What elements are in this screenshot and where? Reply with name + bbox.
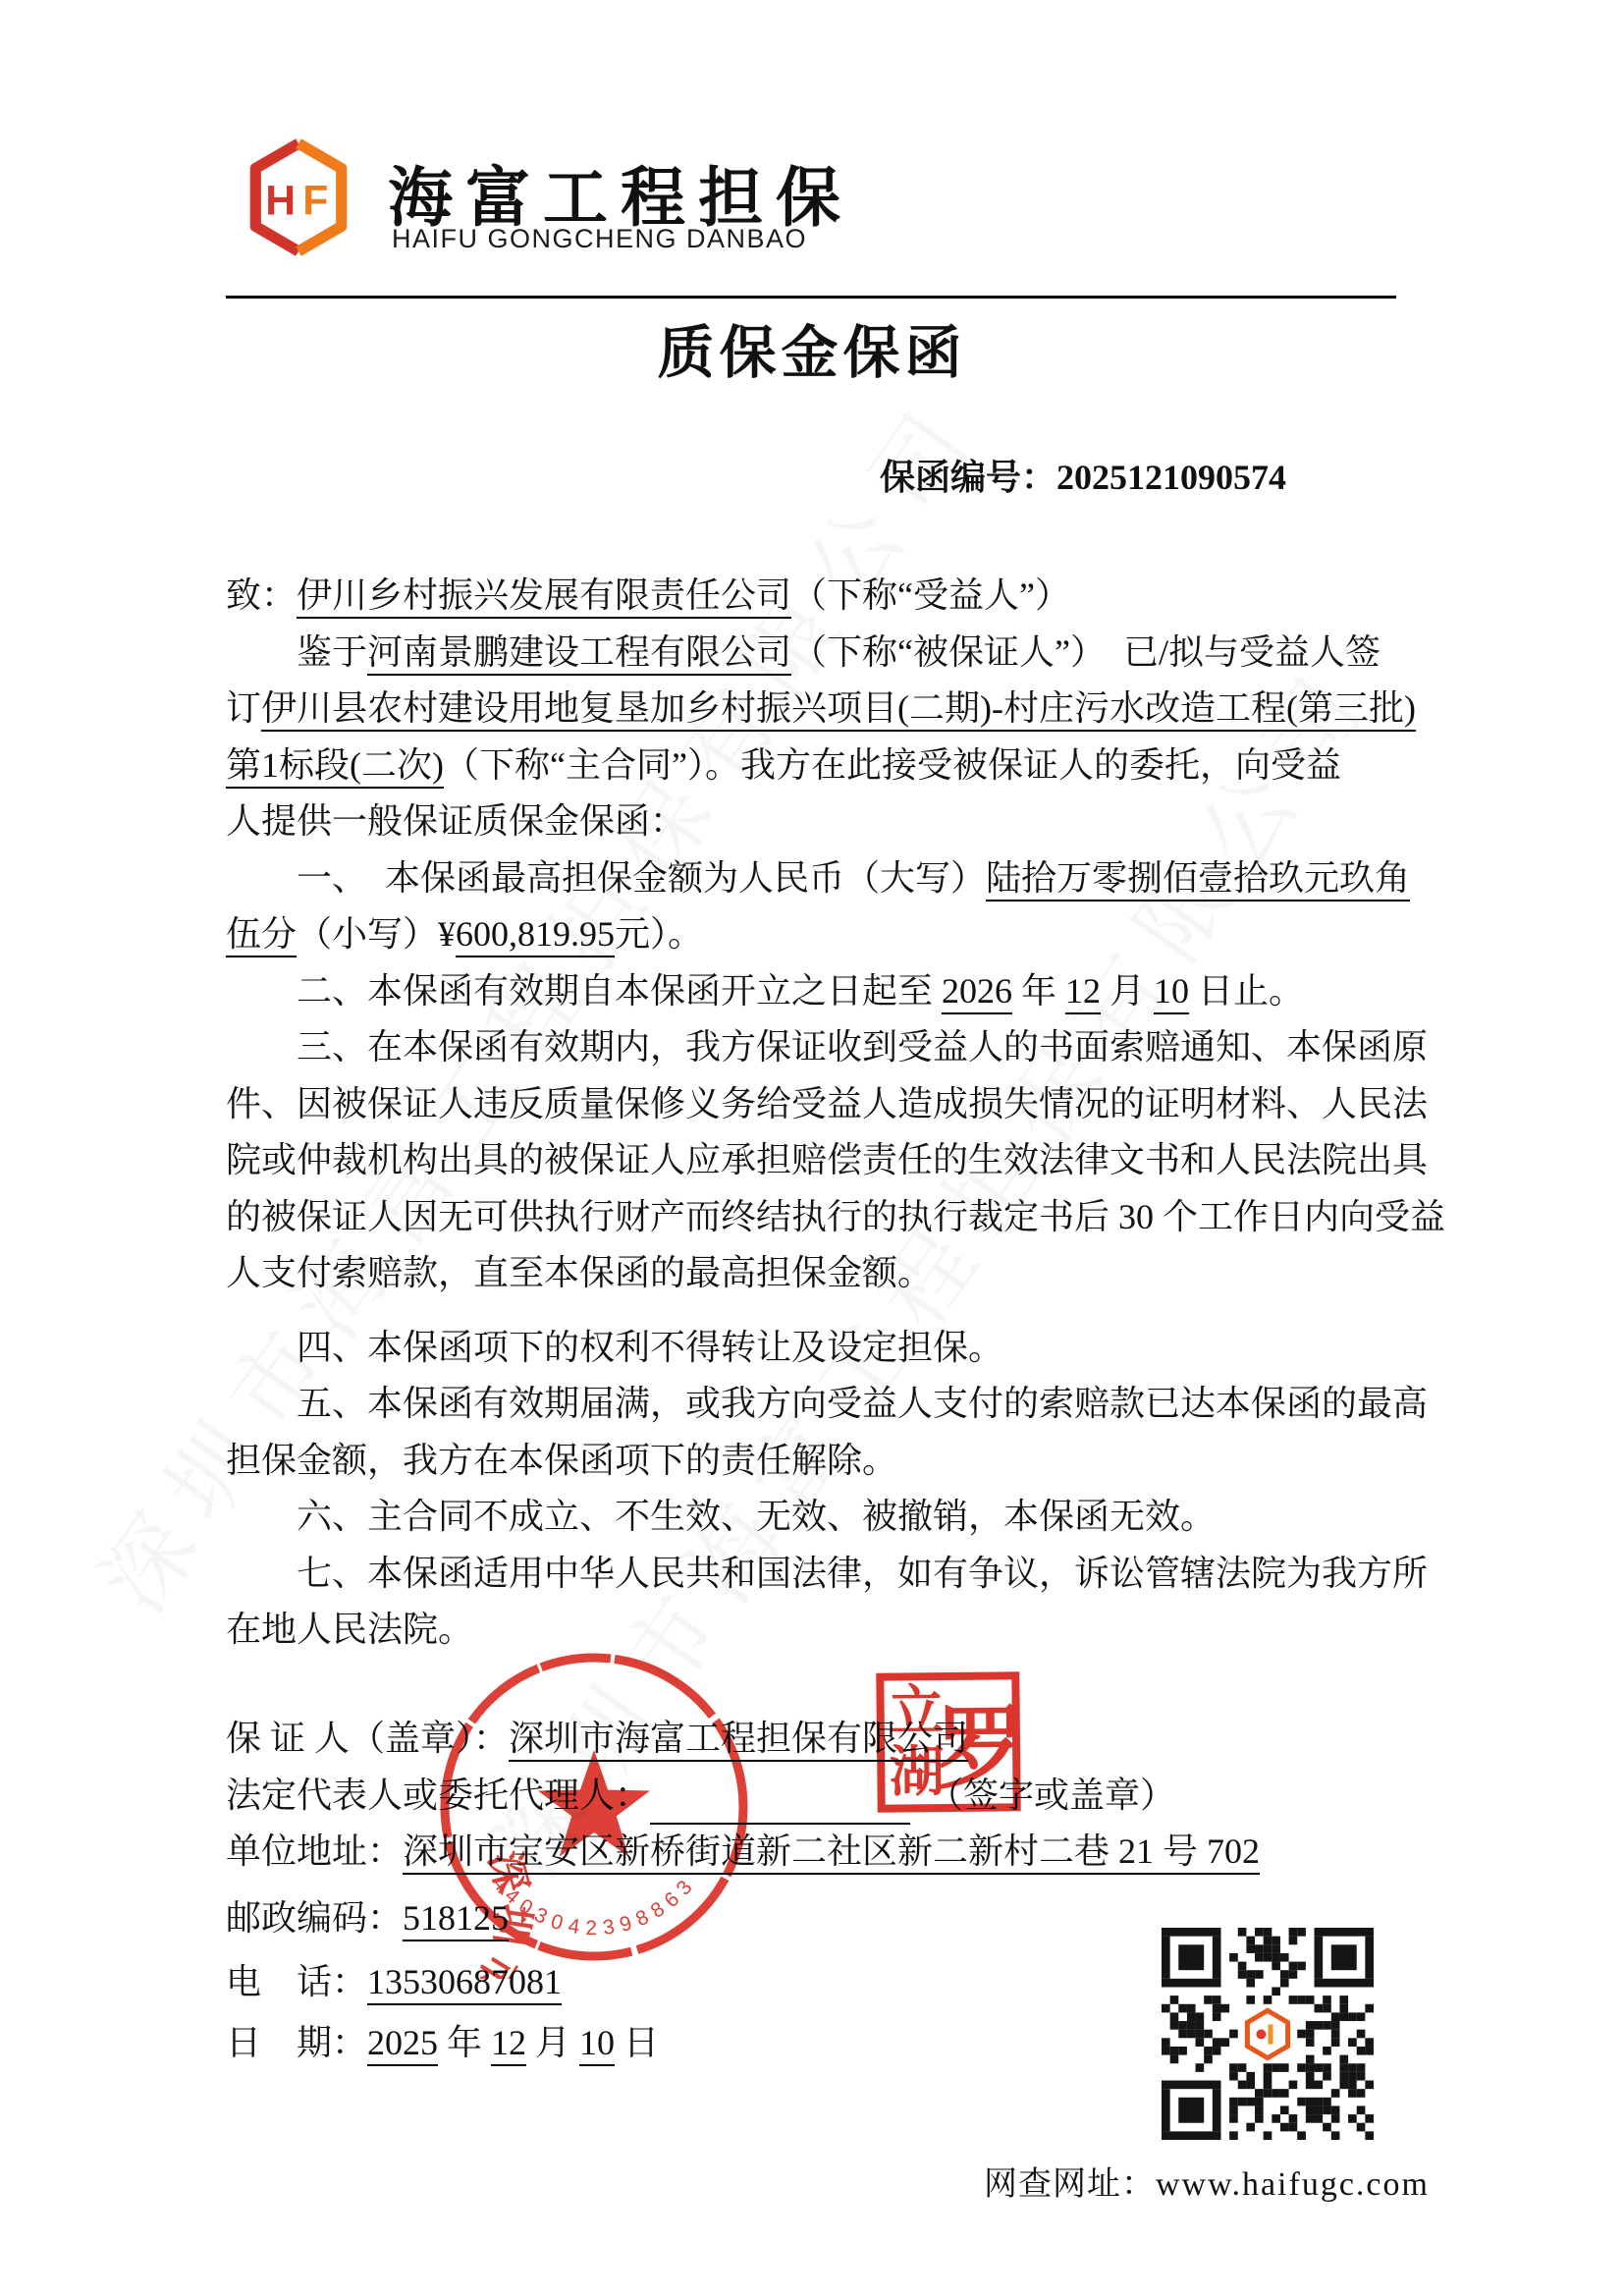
qr-module	[1238, 2081, 1247, 2090]
plain-text: 五、本保函有效期届满，或我方向受益人支付的索赔款已达本保函的最高	[297, 1384, 1428, 1423]
qr-module	[1365, 2114, 1374, 2123]
qr-module	[1246, 1979, 1255, 1988]
qr-module	[1331, 2089, 1340, 2098]
qr-module	[1213, 2089, 1221, 2131]
qr-module	[1323, 1995, 1331, 2004]
plain-text: （下称“受益人”）	[791, 575, 1070, 615]
qr-module	[1272, 2063, 1280, 2072]
qr-module	[1196, 2063, 1205, 2072]
qr-module	[1280, 1953, 1289, 1962]
qr-module	[1306, 2114, 1315, 2123]
qr-module	[1289, 1928, 1298, 1937]
body-text-line: 二、本保函有效期自本保函开立之日起至 2026 年 12 月 10 日止。	[226, 963, 1400, 1020]
qr-module	[1289, 2081, 1298, 2090]
qr-module	[1187, 2030, 1196, 2039]
qr-module	[1339, 2055, 1348, 2064]
qr-module	[1255, 1928, 1264, 1937]
qr-module	[1306, 2021, 1315, 2030]
qr-module	[1264, 1937, 1272, 1945]
qr-module	[1348, 2081, 1357, 2090]
qr-module	[1170, 1995, 1179, 2004]
qr-module	[1264, 2131, 1272, 2140]
qr-module	[1264, 2081, 1272, 2090]
plain-text: 一、 本保函最高担保金额为人民币（大写）	[297, 858, 986, 898]
body-text-line: 院或仲裁机构出具的被保证人应承担赔偿责任的生效法律文书和人民法院出具	[226, 1132, 1400, 1189]
body-text-line: 三、在本保函有效期内，我方保证收到受益人的书面索赔通知、本保函原	[226, 1019, 1400, 1076]
underlined-text: 10	[1154, 971, 1189, 1014]
qr-module	[1323, 2098, 1331, 2106]
plain-text: 单位地址：	[226, 1831, 403, 1871]
qr-module	[1315, 2081, 1324, 2090]
qr-module	[1331, 2114, 1340, 2123]
qr-module	[1162, 2038, 1170, 2047]
qr-module	[1297, 2030, 1306, 2039]
qr-module	[1315, 2021, 1324, 2030]
body-text-line: 的被保证人因无可供执行财产而终结执行的执行裁定书后 30 个工作日内向受益	[226, 1189, 1400, 1246]
qr-module	[1264, 2063, 1272, 2072]
qr-module	[1196, 2012, 1205, 2021]
qr-module	[1306, 1995, 1315, 2004]
qr-module	[1306, 2063, 1315, 2072]
qr-module	[1246, 1937, 1255, 1945]
underlined-text: 伊川县农村建设用地复垦加乡村振兴项目(二期)-村庄污水改造工程(第三批)	[261, 688, 1416, 732]
qr-module	[1229, 2030, 1238, 2039]
qr-module	[1306, 2098, 1315, 2106]
qr-module	[1357, 2123, 1366, 2132]
qr-module	[1170, 2055, 1179, 2064]
qr-module	[1213, 1937, 1221, 1979]
personal-name-seal: 罗 立 湖	[876, 1671, 1020, 1813]
qr-module	[1238, 1928, 1247, 1937]
qr-module	[1170, 2021, 1179, 2030]
haifu-logo-hexagon-icon: H F	[248, 137, 349, 257]
qr-module	[1178, 2030, 1187, 2039]
qr-module	[1331, 2038, 1340, 2047]
qr-module	[1246, 2123, 1255, 2132]
qr-module	[1348, 2038, 1357, 2047]
guarantee-number-line: 保函编号：2025121090574	[880, 450, 1286, 500]
qr-module	[1246, 2081, 1255, 2090]
qr-module	[1238, 2098, 1247, 2106]
qr-module	[1331, 2012, 1340, 2021]
qr-module	[1297, 2131, 1306, 2140]
qr-module	[1280, 2089, 1289, 2098]
qr-module	[1306, 2072, 1315, 2081]
qr-module	[1272, 1962, 1280, 1971]
qr-module	[1272, 1937, 1280, 1945]
qr-module	[1365, 2004, 1374, 2013]
underlined-text: 河南景鹏建设工程有限公司	[367, 632, 791, 676]
qr-module	[1339, 2012, 1348, 2021]
qr-module	[1229, 1953, 1238, 1962]
plain-text: 院或仲裁机构出具的被保证人应承担赔偿责任的生效法律文书和人民法院出具	[226, 1140, 1428, 1179]
qr-matrix	[1162, 1928, 1374, 2140]
qr-module	[1204, 2047, 1213, 2055]
qr-module	[1255, 2105, 1264, 2114]
qr-module	[1272, 2114, 1280, 2123]
qr-module	[1365, 2038, 1374, 2047]
plain-text: 年	[438, 2023, 491, 2062]
qr-module	[1272, 2089, 1280, 2098]
plain-text: 六、主合同不成立、不生效、无效、被撤销，本保函无效。	[297, 1497, 1216, 1536]
qr-module	[1229, 2131, 1238, 2140]
qr-module	[1213, 1995, 1221, 2004]
body-text-line: 在地人民法院。	[226, 1602, 1400, 1659]
qr-module	[1323, 2072, 1331, 2081]
qr-module	[1306, 2055, 1315, 2064]
qr-module	[1365, 2131, 1374, 2140]
qr-module	[1255, 2098, 1264, 2106]
plain-text: 年	[1012, 971, 1065, 1011]
qr-module	[1264, 2089, 1272, 2098]
plain-text: 三、在本保函有效期内，我方保证收到受益人的书面索赔通知、本保函原	[297, 1027, 1428, 1066]
seal-char: 罗	[935, 1676, 1026, 1807]
qr-module	[1204, 2030, 1213, 2039]
qr-module	[1339, 2081, 1348, 2090]
qr-module	[1331, 2021, 1340, 2030]
qr-module	[1246, 1970, 1255, 1979]
underlined-text: 2025	[367, 2023, 438, 2066]
qr-module	[1289, 1962, 1298, 1971]
plain-text: 件、因被保证人违反质量保修义务给受益人造成损失情况的证明材料、人民法	[226, 1084, 1428, 1123]
qr-module	[1365, 2081, 1374, 2090]
qr-module	[1162, 1928, 1220, 1937]
qr-module	[1196, 2030, 1205, 2039]
qr-module	[1255, 1944, 1264, 1953]
qr-module	[1264, 2072, 1272, 2081]
header-divider	[226, 296, 1396, 299]
qr-module	[1264, 1928, 1272, 1937]
qr-center-logo-dot	[1256, 2029, 1266, 2039]
plain-text: 电 话：	[226, 1962, 367, 2001]
qr-module	[1187, 2012, 1196, 2021]
qr-module	[1220, 2004, 1229, 2013]
qr-module	[1229, 2105, 1238, 2114]
qr-module	[1162, 1937, 1170, 1979]
signature-line: 日 期：2025 年 12 月 10 日	[226, 2015, 659, 2072]
body-text-line: 件、因被保证人违反质量保修义务给受益人造成损失情况的证明材料、人民法	[226, 1076, 1400, 1133]
qr-module	[1178, 1944, 1204, 1970]
qr-module	[1297, 2098, 1306, 2106]
qr-module	[1238, 1962, 1247, 1971]
qr-module	[1178, 2021, 1187, 2030]
plain-text: 日止。	[1189, 971, 1304, 1011]
qr-module	[1178, 2098, 1204, 2123]
qr-module	[1315, 2063, 1324, 2072]
underlined-text: 伍分	[226, 914, 297, 957]
qr-module	[1272, 1944, 1280, 1953]
qr-module	[1365, 2047, 1374, 2055]
qr-module	[1280, 1979, 1289, 1988]
qr-module	[1187, 2004, 1196, 2013]
qr-module	[1255, 1953, 1264, 1962]
underlined-text: 12	[491, 2023, 526, 2066]
qr-module	[1264, 1944, 1272, 1953]
body-text-line: 伍分（小写）¥600,819.95元）。	[226, 906, 1400, 963]
qr-module	[1315, 2004, 1324, 2013]
plain-text: （下称“被保证人”） 已/拟与受益人签	[791, 632, 1380, 672]
qr-module	[1315, 2098, 1324, 2106]
qr-module	[1306, 2030, 1315, 2039]
qr-module	[1204, 1995, 1213, 2004]
qr-module	[1246, 1995, 1255, 2004]
qr-module	[1323, 2063, 1331, 2072]
body-text-line: 四、本保函项下的权利不得转让及设定担保。	[226, 1320, 1400, 1377]
qr-module	[1297, 1928, 1306, 1937]
qr-module	[1162, 2047, 1170, 2055]
underlined-text: 12	[1065, 971, 1101, 1014]
qr-module	[1162, 2089, 1170, 2131]
qr-module	[1213, 2038, 1221, 2047]
qr-module	[1196, 2021, 1205, 2030]
qr-module	[1178, 2004, 1187, 2013]
qr-module	[1178, 2047, 1187, 2055]
qr-module	[1323, 2004, 1331, 2013]
verification-qr-code	[1162, 1928, 1374, 2140]
qr-module	[1297, 1995, 1306, 2004]
body-text-line: 担保金额，我方在本保函项下的责任解除。	[226, 1433, 1400, 1490]
plain-text: 二、本保函有效期自本保函开立之日起至	[297, 971, 942, 1011]
qr-module	[1272, 1953, 1280, 1962]
verification-url-caption: 网查网址：www.haifugc.com	[984, 2157, 1430, 2205]
qr-module	[1297, 2063, 1306, 2072]
qr-module	[1246, 1944, 1255, 1953]
body-text-line: 订伊川县农村建设用地复垦加乡村振兴项目(二期)-村庄污水改造工程(第三批)	[226, 681, 1400, 738]
qr-module	[1187, 2021, 1196, 2030]
plain-text: 担保金额，我方在本保函项下的责任解除。	[226, 1441, 897, 1480]
qr-module	[1357, 2072, 1366, 2081]
guarantee-number-label: 保函编号：	[880, 458, 1056, 497]
qr-module	[1162, 2081, 1220, 2090]
qr-module	[1348, 2012, 1357, 2021]
qr-module	[1289, 2114, 1298, 2123]
qr-module	[1246, 2098, 1255, 2106]
qr-module	[1255, 2114, 1264, 2123]
qr-module	[1289, 1937, 1298, 1945]
plain-text: 致：	[226, 575, 297, 615]
qr-module	[1220, 2038, 1229, 2047]
qr-module	[1162, 2131, 1220, 2140]
qr-module	[1357, 2047, 1366, 2055]
qr-module	[1213, 2012, 1221, 2021]
plain-text: （下称“主合同”）。我方在此接受被保证人的委托，向受益	[444, 745, 1341, 785]
qr-module	[1196, 2038, 1205, 2047]
qr-module	[1339, 2072, 1348, 2081]
plain-text: （小写）¥	[297, 914, 456, 954]
qr-module	[1331, 1944, 1357, 1970]
qr-module	[1255, 2089, 1264, 2098]
qr-module	[1323, 2021, 1331, 2030]
body-text-line: 五、本保函有效期届满，或我方向受益人支付的索赔款已达本保函的最高	[226, 1376, 1400, 1433]
body-text-line: 人提供一般保证质保金保函：	[226, 793, 1400, 850]
plain-text: 鉴于	[297, 632, 367, 672]
qr-module	[1170, 2012, 1179, 2021]
qr-module	[1315, 1937, 1324, 1979]
qr-module	[1280, 2063, 1289, 2072]
guarantee-number-value: 2025121090574	[1056, 458, 1286, 497]
qr-module	[1365, 1937, 1374, 1979]
qr-module	[1297, 1962, 1306, 1971]
qr-module	[1331, 2105, 1340, 2114]
seal-char-right: 罗	[947, 1679, 1012, 1804]
qr-center-logo-hexagon-icon	[1247, 2010, 1287, 2057]
logo-letter-h: H	[265, 177, 296, 224]
plain-text: 人支付索赔款，直至本保函的最高担保金额。	[226, 1253, 933, 1292]
body-text-line: 鉴于河南景鹏建设工程有限公司（下称“被保证人”） 已/拟与受益人签	[226, 625, 1400, 682]
qr-module	[1315, 2105, 1324, 2114]
qr-center-logo-bar	[1269, 2024, 1273, 2044]
qr-module	[1255, 1970, 1264, 1979]
qr-module	[1289, 2123, 1298, 2132]
body-text-line: 人支付索赔款，直至本保函的最高担保金额。	[226, 1245, 1400, 1302]
qr-module	[1246, 2072, 1255, 2081]
round-company-stamp: 深圳市海富工程担保有限公司 4403042398863	[422, 1635, 766, 1979]
logo-letter-f: F	[302, 177, 328, 224]
plain-text: 月	[526, 2023, 579, 2062]
underlined-text: 10	[579, 2023, 615, 2066]
stamp-company-arc-text: 深圳市海富工程担保有限公司	[422, 1754, 537, 1979]
underlined-text: 600,819.95	[456, 914, 615, 957]
qr-module	[1315, 1928, 1374, 1937]
qr-module	[1348, 2089, 1357, 2098]
page-title: 质保金保函	[0, 306, 1624, 389]
underlined-text: 陆拾万零捌佰壹拾玖元玖角	[986, 858, 1410, 902]
qr-module	[1348, 2063, 1357, 2072]
qr-module	[1280, 1970, 1289, 1979]
qr-module	[1339, 2063, 1348, 2072]
plain-text: 月	[1101, 971, 1154, 1011]
brand-name-pinyin: HAIFU GONGCHENG DANBAO	[392, 224, 807, 254]
body-text-line: 六、主合同不成立、不生效、无效、被撤销，本保函无效。	[226, 1489, 1400, 1546]
plain-text: 邮政编码：	[226, 1898, 403, 1938]
body-text-line: 第1标段(二次)（下称“主合同”）。我方在此接受被保证人的委托，向受益	[226, 738, 1400, 794]
qr-module	[1229, 2063, 1238, 2072]
qr-module	[1331, 2131, 1340, 2140]
qr-module	[1238, 2063, 1247, 2072]
qr-module	[1348, 2072, 1357, 2081]
plain-text: 四、本保函项下的权利不得转让及设定担保。	[297, 1328, 1003, 1367]
plain-text: 的被保证人因无可供执行财产而终结执行的执行裁定书后 30 个工作日内向受益	[226, 1197, 1445, 1236]
qr-module	[1162, 2004, 1170, 2013]
qr-module	[1357, 2105, 1366, 2114]
qr-module	[1204, 2055, 1213, 2064]
body-text-line: 七、本保函适用中华人民共和国法律，如有争议，诉讼管辖法院为我方所	[226, 1546, 1400, 1603]
qr-module	[1280, 2105, 1289, 2114]
qr-module	[1323, 2047, 1331, 2055]
qr-module	[1323, 2105, 1331, 2114]
underlined-text: 2026	[942, 971, 1012, 1014]
qr-module	[1357, 2089, 1366, 2098]
qr-module	[1170, 2047, 1179, 2055]
qr-module	[1264, 1995, 1272, 2004]
plain-text: 元）。	[615, 914, 703, 954]
qr-module	[1357, 2063, 1366, 2072]
qr-module	[1348, 2114, 1357, 2123]
qr-module	[1315, 2114, 1324, 2123]
qr-module	[1229, 2072, 1238, 2081]
plain-text: 日	[615, 2023, 659, 2062]
body-text-line: 一、 本保函最高担保金额为人民币（大写）陆拾万零捌佰壹拾玖元玖角	[226, 850, 1400, 907]
qr-module	[1331, 2030, 1340, 2039]
qr-module	[1280, 2123, 1289, 2132]
plain-text: 订	[226, 688, 261, 728]
qr-module	[1213, 2047, 1221, 2055]
qr-module	[1306, 2105, 1315, 2114]
document-page: 深圳市海富工程担保有限公司 深圳市海富工程担保有限公司 H F 海富工程担保 H…	[0, 0, 1624, 2296]
plain-text: 日 期：	[226, 2023, 367, 2062]
qr-module	[1213, 2004, 1221, 2013]
url-label: 网查网址：	[984, 2166, 1156, 2203]
stamp-star-icon	[538, 1750, 650, 1857]
qr-module	[1306, 2038, 1315, 2047]
qr-module	[1272, 1987, 1280, 1995]
body-text: 致：伊川乡村振兴发展有限责任公司（下称“受益人”）鉴于河南景鹏建设工程有限公司（…	[226, 568, 1400, 1659]
url-value: www.haifugc.com	[1156, 2166, 1430, 2203]
underlined-text: 第1标段(二次)	[226, 745, 444, 789]
qr-module	[1339, 2004, 1348, 2013]
plain-text: 七、本保函适用中华人民共和国法律，如有争议，诉讼管辖法院为我方所	[297, 1554, 1428, 1593]
plain-text: 人提供一般保证质保金保函：	[226, 801, 685, 841]
qr-module	[1264, 1953, 1272, 1962]
qr-module	[1315, 1979, 1374, 1988]
body-text-line: 致：伊川乡村振兴发展有限责任公司（下称“受益人”）	[226, 568, 1400, 625]
qr-module	[1289, 1995, 1298, 2004]
underlined-text: 伊川乡村振兴发展有限责任公司	[297, 575, 791, 619]
qr-module	[1339, 1995, 1348, 2004]
qr-module	[1229, 2098, 1238, 2106]
qr-module	[1229, 2114, 1238, 2123]
qr-module	[1357, 2012, 1366, 2021]
qr-module	[1238, 1970, 1247, 1979]
qr-module	[1323, 2123, 1331, 2132]
qr-module	[1289, 1970, 1298, 1979]
qr-module	[1162, 1979, 1220, 1988]
qr-module	[1357, 2030, 1366, 2039]
qr-module	[1306, 2081, 1315, 2090]
